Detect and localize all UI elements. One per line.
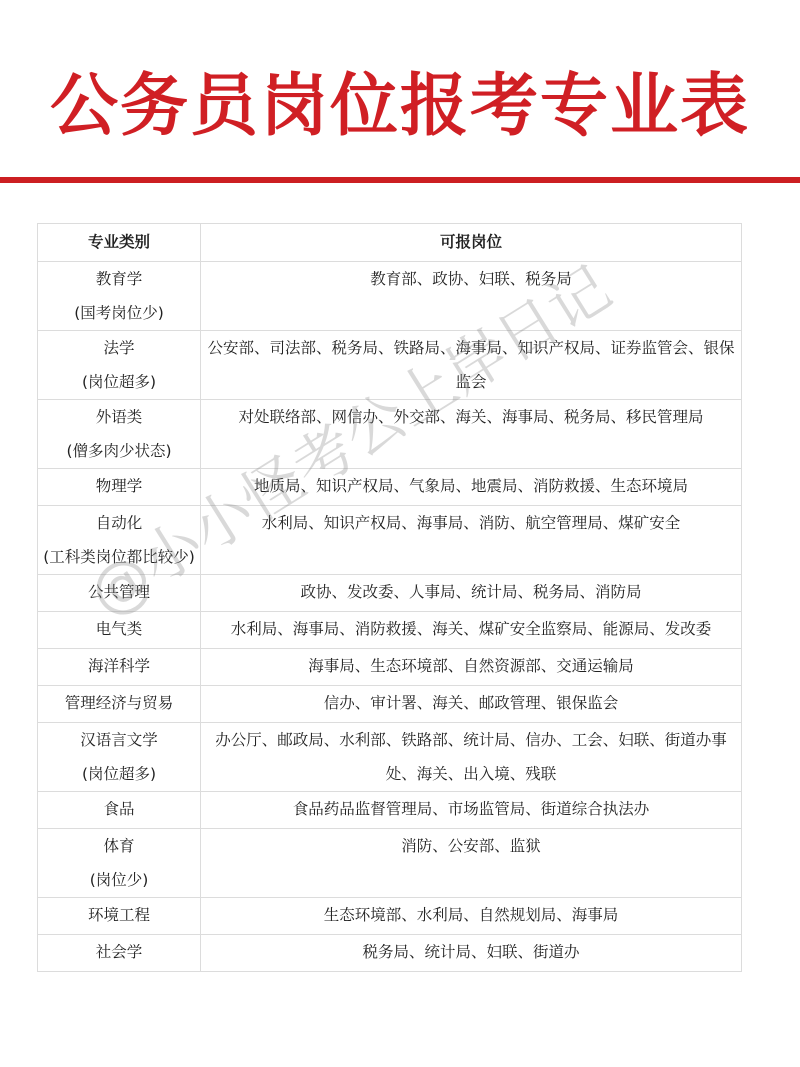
positions-cell: 水利局、海事局、消防救援、海关、煤矿安全监察局、能源局、发改委 <box>201 612 742 649</box>
major-cell: 管理经济与贸易 <box>38 686 201 723</box>
table-row: 汉语言文学(岗位超多) 办公厅、邮政局、水利部、铁路部、统计局、信办、工会、妇联… <box>38 723 742 792</box>
table-row: 物理学 地质局、知识产权局、气象局、地震局、消防救援、生态环境局 <box>38 469 742 506</box>
positions-cell: 信办、审计署、海关、邮政管理、银保监会 <box>201 686 742 723</box>
major-name: 法学 <box>42 331 196 365</box>
major-cell: 食品 <box>38 792 201 829</box>
table-row: 电气类 水利局、海事局、消防救援、海关、煤矿安全监察局、能源局、发改委 <box>38 612 742 649</box>
table-row: 公共管理 政协、发改委、人事局、统计局、税务局、消防局 <box>38 575 742 612</box>
major-cell: 公共管理 <box>38 575 201 612</box>
major-name: 教育学 <box>42 262 196 296</box>
major-name: 体育 <box>42 829 196 863</box>
positions-cell: 水利局、知识产权局、海事局、消防、航空管理局、煤矿安全 <box>201 506 742 575</box>
major-cell: 物理学 <box>38 469 201 506</box>
major-note: (工科类岗位都比较少) <box>42 540 196 574</box>
major-cell: 体育(岗位少) <box>38 829 201 898</box>
major-note: (岗位超多) <box>42 365 196 399</box>
table-row: 法学(岗位超多) 公安部、司法部、税务局、铁路局、海事局、知识产权局、证券监管会… <box>38 331 742 400</box>
table-row: 体育(岗位少) 消防、公安部、监狱 <box>38 829 742 898</box>
positions-cell: 食品药品监督管理局、市场监管局、街道综合执法办 <box>201 792 742 829</box>
header-eligible-positions: 可报岗位 <box>201 224 742 262</box>
table-row: 食品 食品药品监督管理局、市场监管局、街道综合执法办 <box>38 792 742 829</box>
major-note: (国考岗位少) <box>42 296 196 330</box>
major-name: 汉语言文学 <box>42 723 196 757</box>
table-header-row: 专业类别 可报岗位 <box>38 224 742 262</box>
major-cell: 社会学 <box>38 935 201 972</box>
major-cell: 教育学(国考岗位少) <box>38 262 201 331</box>
table-row: 管理经济与贸易 信办、审计署、海关、邮政管理、银保监会 <box>38 686 742 723</box>
major-cell: 汉语言文学(岗位超多) <box>38 723 201 792</box>
positions-cell: 海事局、生态环境部、自然资源部、交通运输局 <box>201 649 742 686</box>
positions-cell: 政协、发改委、人事局、统计局、税务局、消防局 <box>201 575 742 612</box>
major-cell: 法学(岗位超多) <box>38 331 201 400</box>
major-cell: 自动化(工科类岗位都比较少) <box>38 506 201 575</box>
title-divider <box>0 177 800 183</box>
positions-cell: 消防、公安部、监狱 <box>201 829 742 898</box>
table-row: 自动化(工科类岗位都比较少) 水利局、知识产权局、海事局、消防、航空管理局、煤矿… <box>38 506 742 575</box>
positions-cell: 教育部、政协、妇联、税务局 <box>201 262 742 331</box>
major-position-table: 专业类别 可报岗位 教育学(国考岗位少) 教育部、政协、妇联、税务局 法学(岗位… <box>37 223 742 972</box>
positions-cell: 生态环境部、水利局、自然规划局、海事局 <box>201 898 742 935</box>
major-cell: 外语类(僧多肉少状态) <box>38 400 201 469</box>
major-note: (僧多肉少状态) <box>42 434 196 468</box>
table-row: 外语类(僧多肉少状态) 对处联络部、网信办、外交部、海关、海事局、税务局、移民管… <box>38 400 742 469</box>
positions-cell: 办公厅、邮政局、水利部、铁路部、统计局、信办、工会、妇联、街道办事处、海关、出入… <box>201 723 742 792</box>
positions-cell: 公安部、司法部、税务局、铁路局、海事局、知识产权局、证券监管会、银保监会 <box>201 331 742 400</box>
major-note: (岗位少) <box>42 863 196 897</box>
major-cell: 环境工程 <box>38 898 201 935</box>
major-cell: 海洋科学 <box>38 649 201 686</box>
table-row: 社会学 税务局、统计局、妇联、街道办 <box>38 935 742 972</box>
table-row: 海洋科学 海事局、生态环境部、自然资源部、交通运输局 <box>38 649 742 686</box>
major-name: 外语类 <box>42 400 196 434</box>
major-note: (岗位超多) <box>42 757 196 791</box>
positions-cell: 对处联络部、网信办、外交部、海关、海事局、税务局、移民管理局 <box>201 400 742 469</box>
table-row: 环境工程 生态环境部、水利局、自然规划局、海事局 <box>38 898 742 935</box>
major-name: 自动化 <box>42 506 196 540</box>
positions-cell: 地质局、知识产权局、气象局、地震局、消防救援、生态环境局 <box>201 469 742 506</box>
header-major-category: 专业类别 <box>38 224 201 262</box>
major-cell: 电气类 <box>38 612 201 649</box>
table-row: 教育学(国考岗位少) 教育部、政协、妇联、税务局 <box>38 262 742 331</box>
positions-cell: 税务局、统计局、妇联、街道办 <box>201 935 742 972</box>
page-title: 公务员岗位报考专业表 <box>0 62 800 152</box>
